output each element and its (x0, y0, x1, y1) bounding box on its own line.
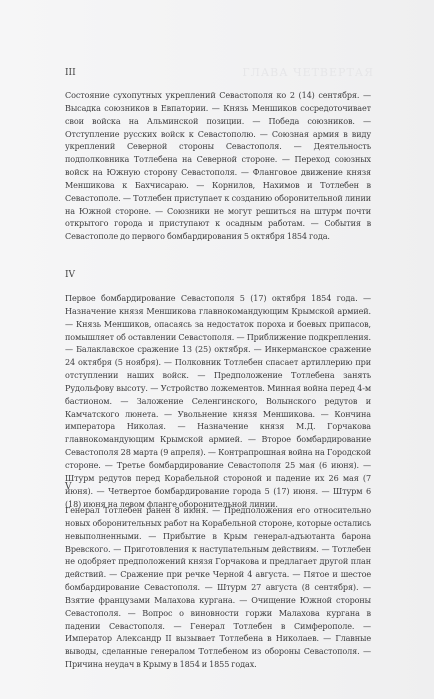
section-number: III (65, 67, 371, 79)
book-page: ГЛАВА ЧЕТВЕРТАЯ III Состояние сухопутных… (0, 0, 434, 699)
section-iv: IV Первое бомбардирование Севастополя 5 … (65, 269, 371, 510)
section-summary-text: Состояние сухопутных укреплений Севастоп… (65, 89, 371, 243)
section-summary-text: Первое бомбардирование Севастополя 5 (17… (65, 292, 371, 510)
section-number: V (65, 481, 371, 493)
section-iii: III Состояние сухопутных укреплений Сева… (65, 67, 371, 243)
section-number: IV (65, 269, 371, 281)
section-summary-text: Генерал Тотлебен ранен 8 июня. — Предпол… (65, 504, 371, 671)
section-v: V Генерал Тотлебен ранен 8 июня. — Предп… (65, 481, 371, 671)
